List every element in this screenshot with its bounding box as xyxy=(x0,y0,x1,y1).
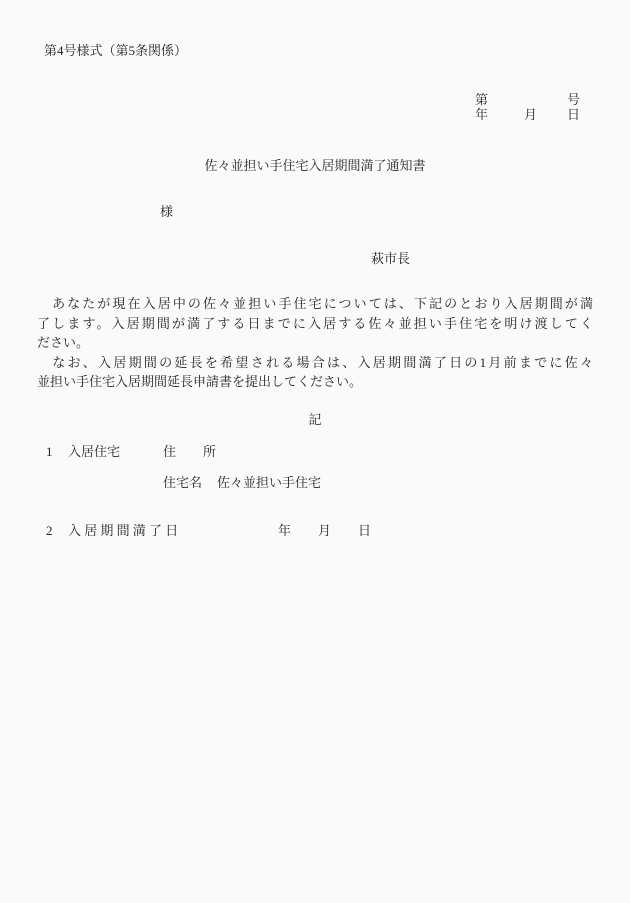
item-1-label: 入居住宅 xyxy=(68,444,120,460)
form-style-label: 第4号様式（第5条関係） xyxy=(44,43,187,59)
notes-marker: 記 xyxy=(0,412,630,428)
expiry-month-label: 月 xyxy=(318,523,331,539)
doc-date-year-label: 年 xyxy=(475,107,488,123)
item-1-number: 1 xyxy=(46,444,53,460)
doc-date-month-label: 月 xyxy=(524,107,537,123)
field-address-label: 住 所 xyxy=(163,444,223,460)
addressee-honorific: 様 xyxy=(160,204,173,220)
document-title: 佐々並担い手住宅入居期間満了通知書 xyxy=(0,158,630,174)
field-housing-name-label: 住宅名 xyxy=(163,475,202,491)
body-line: 了します。入居期間が満了する日までに入居する佐々並担い手住宅を明け渡してく xyxy=(37,314,593,334)
doc-number-suffix: 号 xyxy=(567,92,580,108)
expiry-day-label: 日 xyxy=(358,523,371,539)
item-2-number: 2 xyxy=(46,523,53,539)
expiry-year-label: 年 xyxy=(278,523,291,539)
body-line: なお、入居期間の延長を希望される場合は、入居期間満了日の1月前までに佐々 xyxy=(37,353,593,373)
body-line: ださい。 xyxy=(37,333,593,353)
sender-name: 萩市長 xyxy=(371,251,410,267)
body-paragraph: あなたが現在入居中の佐々並担い手住宅については、下記のとおり入居期間が満 了しま… xyxy=(37,294,593,392)
doc-date-day-label: 日 xyxy=(567,107,580,123)
body-line: 並担い手住宅入居期間延長申請書を提出してください。 xyxy=(37,372,593,392)
body-line: あなたが現在入居中の佐々並担い手住宅については、下記のとおり入居期間が満 xyxy=(37,294,593,314)
field-housing-name-value: 佐々並担い手住宅 xyxy=(217,475,321,491)
item-2-label: 入居期間満了日 xyxy=(68,523,181,539)
document-page: 第4号様式（第5条関係） 第 号 年 月 日 佐々並担い手住宅入居期間満了通知書… xyxy=(0,0,630,903)
doc-number-prefix: 第 xyxy=(475,92,488,108)
